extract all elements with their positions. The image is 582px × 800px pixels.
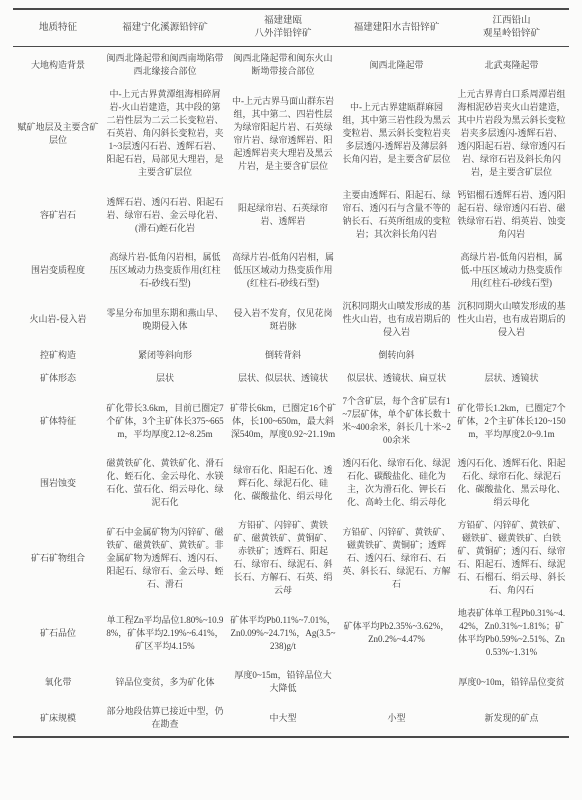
table-cell: 闽西北隆起带 (339, 47, 454, 84)
table-cell: 层状 (103, 367, 227, 390)
table-row-orebody-characteristics: 矿体特征 矿化带长3.6km，目前已圈定7个矿体，3个主矿体长375~665m，… (13, 390, 569, 452)
table-row-deposit-scale: 矿床规模 部分地段估算已接近中型，仍在勘查 中大型 小型 新发现的矿点 (13, 700, 569, 737)
row-header: 矿石品位 (13, 602, 103, 664)
column-header-mine-bawaiyang: 福建建瓯 八外洋铅锌矿 (227, 9, 339, 47)
table-cell: 矿体平均Pb2.35%~3.62%，Zn0.2%~4.47% (339, 602, 454, 664)
table-cell: 似层状、透镜状、扁豆状 (339, 367, 454, 390)
column-header-mine-guanxingling: 江西铅山 观星岭铅锌矿 (454, 9, 569, 47)
table-cell: 零星分布加里东期和燕山早、晚期侵入体 (103, 295, 227, 344)
table-row-ore-controlling-structure: 控矿构造 紧闭等斜向形 倒转背斜 倒转向斜 (13, 344, 569, 367)
row-header: 矿石矿物组合 (13, 514, 103, 602)
table-cell: 中-上元古界马面山群东岩组，其中第二、四岩性层为绿帘阳起片岩、石英绿帘片岩、绿帘… (227, 83, 339, 184)
table-cell: 透闪石化、透辉石化、阳起石化、绿帘石化、绿泥石化、碳酸盐化、黑云母化、绢云母化 (454, 452, 569, 514)
table-cell: 地表矿体单工程Pb0.31%~4.42%，Zn0.31%~1.81%；矿体平均P… (454, 602, 569, 664)
table-cell: 紧闭等斜向形 (103, 344, 227, 367)
row-header: 围岩蚀变 (13, 452, 103, 514)
table-cell: 7个含矿层，每个含矿层有1~7层矿体，单个矿体长数十米~400余米，斜长几十米~… (339, 390, 454, 452)
table-cell: 单工程Zn平均品位1.80%~10.98%，矿体平均2.19%~6.41%，矿区… (103, 602, 227, 664)
table-cell: 层状、透镜状 (454, 367, 569, 390)
table-cell: 方铅矿、闪锌矿、黄铁矿、磁黄铁矿、黄铜矿、赤铁矿；透辉石、阳起石、绿帘石、绿泥石… (227, 514, 339, 602)
table-cell: 倒转背斜 (227, 344, 339, 367)
table-cell: 矿化带长3.6km，目前已圈定7个矿体，3个主矿体长375~665m，平均厚度2… (103, 390, 227, 452)
column-header-feature: 地质特征 (13, 9, 103, 47)
deposit-comparison-table: 地质特征 福建宁化溪源铅锌矿 福建建瓯 八外洋铅锌矿 福建建阳水吉铅锌矿 江西铅… (13, 8, 569, 738)
table-cell: 高绿片岩-低角闪岩相，属低压区域动力热变质作用(红柱石-砂线石型) (227, 246, 339, 295)
table-cell: 厚度0~15m，铅锌品位大大降低 (227, 664, 339, 700)
row-header: 矿体形态 (13, 367, 103, 390)
table-cell: 矿石中金属矿物为闪锌矿、磁铁矿、磁黄铁矿、黄铁矿。非金属矿物为透辉石、透闪石、阳… (103, 514, 227, 602)
table-cell: 透辉石岩、透闪石岩、阳起石岩、绿帘石岩、金云母化岩、(滑石)蛭石化岩 (103, 184, 227, 246)
row-header: 容矿岩石 (13, 184, 103, 246)
table-cell: 小型 (339, 700, 454, 737)
table-cell: 矿化带长1.2km，已圈定7个矿体，2个主矿体长120~150m，平均厚度2.0… (454, 390, 569, 452)
table-cell: 矿带长6km，已圈定16个矿体，长100~650m，最大斜深540m，厚度0.9… (227, 390, 339, 452)
table-cell: 方铅矿、闪锌矿、黄铁矿、磁铁矿、磁黄铁矿、白铁矿、黄铜矿；透闪石、绿帘石、阳起石… (454, 514, 569, 602)
row-header: 赋矿地层及主要含矿层位 (13, 83, 103, 184)
row-header: 控矿构造 (13, 344, 103, 367)
table-cell: 磁黄铁矿化、黄铁矿化、滑石化、蛭石化、金云母化、水镁石化、萤石化、绢云母化、绿泥… (103, 452, 227, 514)
table-cell: 主要由透辉石、阳起石、绿帘石、透闪石与含量不等的钠长石、石英所组成的变粒岩；其次… (339, 184, 454, 246)
table-cell: 方铅矿、闪锌矿、黄铁矿、磁黄铁矿、黄铜矿；透辉石、透闪石、绿帘石、石英、斜长石、… (339, 514, 454, 602)
table-cell: 绿帘石化、阳起石化、透辉石化、绿泥石化、硅化、碳酸盐化、绢云母化 (227, 452, 339, 514)
table-cell: 倒转向斜 (339, 344, 454, 367)
table-cell: 上元古界青白口系周潭岩组海相泥砂岩夹火山岩建造，其中片岩段为黑云斜长变粒岩夹多层… (454, 83, 569, 184)
deposit-comparison-table-container: 地质特征 福建宁化溪源铅锌矿 福建建瓯 八外洋铅锌矿 福建建阳水吉铅锌矿 江西铅… (13, 8, 569, 738)
table-cell: 透闪石化、绿帘石化、绿泥石化、碳酸盐化、硅化为主，次为滑石化、钾长石化、高岭土化… (339, 452, 454, 514)
table-row-volcanic-intrusive: 火山岩-侵入岩 零星分布加里东期和燕山早、晚期侵入体 侵入岩不发育，仅见花岗斑岩… (13, 295, 569, 344)
column-header-mine-xiyuan: 福建宁化溪源铅锌矿 (103, 9, 227, 47)
table-cell: 高绿片岩-低角闪岩相，属低压区域动力热变质作用(红柱石-砂线石型) (103, 246, 227, 295)
table-cell: 中大型 (227, 700, 339, 737)
table-cell: 新发现的矿点 (454, 700, 569, 737)
table-cell: 钙铝榴石透辉石岩、透闪阳起石岩、绿帘透闪石岩、磁铁绿帘石岩、绢英岩、蚀变角闪岩 (454, 184, 569, 246)
row-header: 氧化带 (13, 664, 103, 700)
table-cell: 北武夷隆起带 (454, 47, 569, 84)
table-cell: 高绿片岩-低角闪岩相，属低-中压区域动力热变质作用(红柱石-砂线石型) (454, 246, 569, 295)
table-cell: 中-上元古界建瓯群麻园组，其中第三岩性段为黑云变粒岩、黑云斜长变粒岩夹多层透闪-… (339, 83, 454, 184)
table-cell (454, 344, 569, 367)
table-row-ore-mineral-assemblage: 矿石矿物组合 矿石中金属矿物为闪锌矿、磁铁矿、磁黄铁矿、黄铁矿。非金属矿物为透辉… (13, 514, 569, 602)
row-header: 大地构造背景 (13, 47, 103, 84)
table-cell: 沉积同期火山喷发形成的基性火山岩，也有成岩期后的侵入岩 (454, 295, 569, 344)
table-cell: 阳起绿帘岩、石英绿帘岩、透辉岩 (227, 184, 339, 246)
table-cell: 矿体平均Pb0.11%~7.01%，Zn0.09%~24.71%，Ag(3.5~… (227, 602, 339, 664)
row-header: 围岩变质程度 (13, 246, 103, 295)
table-cell: 厚度0~10m，铅锌品位变贫 (454, 664, 569, 700)
table-row-ore-grade: 矿石品位 单工程Zn平均品位1.80%~10.98%，矿体平均2.19%~6.4… (13, 602, 569, 664)
table-cell: 层状、似层状、透镜状 (227, 367, 339, 390)
table-row-tectonic-setting: 大地构造背景 闽西北隆起带和闽西南坳陷带西北缘接合部位 闽西北隆起带和闽东火山断… (13, 47, 569, 84)
table-cell: 闽西北隆起带和闽西南坳陷带西北缘接合部位 (103, 47, 227, 84)
table-row-host-rocks: 容矿岩石 透辉石岩、透闪石岩、阳起石岩、绿帘石岩、金云母化岩、(滑石)蛭石化岩 … (13, 184, 569, 246)
table-row-wallrock-alteration: 围岩蚀变 磁黄铁矿化、黄铁矿化、滑石化、蛭石化、金云母化、水镁石化、萤石化、绢云… (13, 452, 569, 514)
table-row-orebody-shape: 矿体形态 层状 层状、似层状、透镜状 似层状、透镜状、扁豆状 层状、透镜状 (13, 367, 569, 390)
table-cell: 侵入岩不发育，仅见花岗斑岩脉 (227, 295, 339, 344)
table-cell: 中-上元古界黄潭组海相碎屑岩-火山岩建造，其中段的第二岩性层为二云二长变粒岩、石… (103, 83, 227, 184)
row-header: 矿体特征 (13, 390, 103, 452)
table-row-host-strata: 赋矿地层及主要含矿层位 中-上元古界黄潭组海相碎屑岩-火山岩建造，其中段的第二岩… (13, 83, 569, 184)
table-cell (339, 664, 454, 700)
column-header-mine-shuiji: 福建建阳水吉铅锌矿 (339, 9, 454, 47)
table-cell: 部分地段估算已接近中型，仍在勘查 (103, 700, 227, 737)
table-cell: 沉积同期火山喷发形成的基性火山岩，也有成岩期后的侵入岩 (339, 295, 454, 344)
table-row-metamorphic-grade: 围岩变质程度 高绿片岩-低角闪岩相，属低压区域动力热变质作用(红柱石-砂线石型)… (13, 246, 569, 295)
table-row-oxidation-zone: 氧化带 锌品位变贫，多为矿化体 厚度0~15m，铅锌品位大大降低 厚度0~10m… (13, 664, 569, 700)
table-cell (339, 246, 454, 295)
table-cell: 锌品位变贫，多为矿化体 (103, 664, 227, 700)
row-header: 火山岩-侵入岩 (13, 295, 103, 344)
row-header: 矿床规模 (13, 700, 103, 737)
header-row: 地质特征 福建宁化溪源铅锌矿 福建建瓯 八外洋铅锌矿 福建建阳水吉铅锌矿 江西铅… (13, 9, 569, 47)
table-cell: 闽西北隆起带和闽东火山断坳带接合部位 (227, 47, 339, 84)
